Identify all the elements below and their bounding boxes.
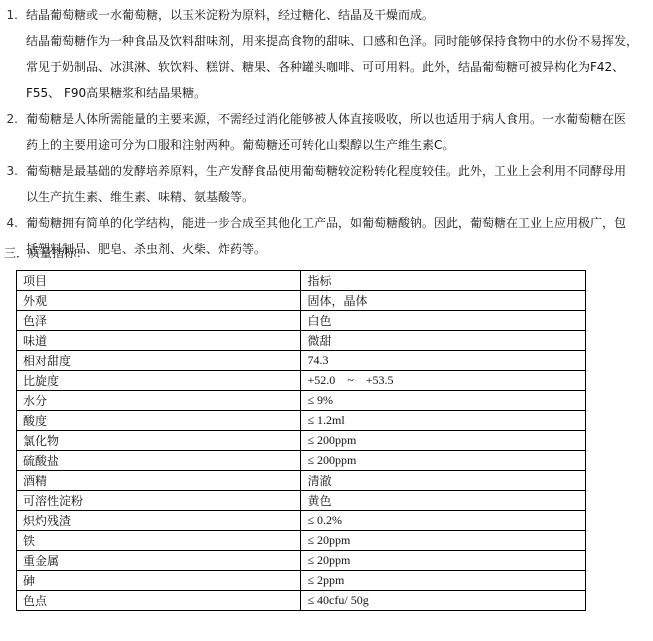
spec-cell: ≤ 200ppm — [301, 451, 586, 471]
item-cell: 重金属 — [17, 551, 301, 571]
table-row: 铁≤ 20ppm — [17, 531, 586, 551]
list-number: 4. — [0, 210, 26, 236]
table-row: 比旋度+52.0 ~ +53.5 — [17, 371, 586, 391]
table-row: 炽灼残渣≤ 0.2% — [17, 511, 586, 531]
spec-cell: 黄色 — [301, 491, 586, 511]
header-item: 项目 — [17, 271, 301, 291]
spec-cell: 清澈 — [301, 471, 586, 491]
spec-cell: 微甜 — [301, 331, 586, 351]
header-spec: 指标 — [301, 271, 586, 291]
list-item-text: 以生产抗生素、维生素、味精、氨基酸等。 — [0, 184, 640, 210]
spec-cell: ≤ 20ppm — [301, 551, 586, 571]
list-item-text: 药上的主要用途可分为口服和注射两种。葡萄糖还可转化山梨醇以生产维生素C。 — [0, 132, 640, 158]
table-row: 外观固体，晶体 — [17, 291, 586, 311]
list-number: 1. — [0, 2, 26, 28]
list-item-text: 葡萄糖是最基础的发酵培养原料，生产发酵食品使用葡萄糖较淀粉转化程度较佳。此外，工… — [26, 164, 626, 178]
item-cell: 水分 — [17, 391, 301, 411]
table-row: 相对甜度74.3 — [17, 351, 586, 371]
table-header-row: 项目 指标 — [17, 271, 586, 291]
spec-cell: ≤ 200ppm — [301, 431, 586, 451]
spec-cell: ≤ 40cfu/ 50g — [301, 591, 586, 611]
table-row: 酸度≤ 1.2ml — [17, 411, 586, 431]
spec-cell: ≤ 9% — [301, 391, 586, 411]
item-cell: 铁 — [17, 531, 301, 551]
item-cell: 炽灼残渣 — [17, 511, 301, 531]
list-item-1: 1.结晶葡萄糖或一水葡萄糖，以玉米淀粉为原料，经过糖化、结晶及干燥而成。 结晶葡… — [0, 2, 640, 106]
item-cell: 相对甜度 — [17, 351, 301, 371]
table-row: 酒精清澈 — [17, 471, 586, 491]
item-cell: 比旋度 — [17, 371, 301, 391]
table-row: 水分≤ 9% — [17, 391, 586, 411]
spec-cell: ≤ 1.2ml — [301, 411, 586, 431]
table-row: 味道微甜 — [17, 331, 586, 351]
item-cell: 硫酸盐 — [17, 451, 301, 471]
spec-cell: 固体，晶体 — [301, 291, 586, 311]
table-row: 色泽白色 — [17, 311, 586, 331]
item-cell: 外观 — [17, 291, 301, 311]
table-row: 重金属≤ 20ppm — [17, 551, 586, 571]
list-item-3: 3.葡萄糖是最基础的发酵培养原料，生产发酵食品使用葡萄糖较淀粉转化程度较佳。此外… — [0, 158, 640, 210]
spec-cell: ≤ 2ppm — [301, 571, 586, 591]
list-item-text: 结晶葡萄糖作为一种食品及饮料甜味剂，用来提高食物的甜味、口感和色泽。同时能够保持… — [0, 28, 640, 54]
list-item-text: F55、 F90高果糖浆和结晶果糖。 — [0, 80, 640, 106]
table-row: 可溶性淀粉黄色 — [17, 491, 586, 511]
spec-cell: ≤ 20ppm — [301, 531, 586, 551]
spec-cell: 74.3 — [301, 351, 586, 371]
list-item-text: 结晶葡萄糖或一水葡萄糖，以玉米淀粉为原料，经过糖化、结晶及干燥而成。 — [26, 8, 434, 22]
item-cell: 色泽 — [17, 311, 301, 331]
table-row: 氯化物≤ 200ppm — [17, 431, 586, 451]
section-title: 三．质量指标： — [4, 244, 88, 261]
item-cell: 可溶性淀粉 — [17, 491, 301, 511]
item-cell: 酸度 — [17, 411, 301, 431]
list-item-2: 2.葡萄糖是人体所需能量的主要来源，不需经过消化能够被人体直接吸收，所以也适用于… — [0, 106, 640, 158]
list-item-text: 括塑料制品、肥皂、杀虫剂、火柴、炸药等。 — [0, 236, 640, 262]
list-number: 2. — [0, 106, 26, 132]
item-cell: 色点 — [17, 591, 301, 611]
item-cell: 砷 — [17, 571, 301, 591]
spec-cell: 白色 — [301, 311, 586, 331]
spec-cell: +52.0 ~ +53.5 — [301, 371, 586, 391]
list-item-text: 葡萄糖拥有简单的化学结构，能进一步合成至其他化工产品，如葡萄糖酸钠。因此，葡萄糖… — [26, 216, 626, 230]
list-number: 3. — [0, 158, 26, 184]
list-item-4: 4.葡萄糖拥有简单的化学结构，能进一步合成至其他化工产品，如葡萄糖酸钠。因此，葡… — [0, 210, 640, 262]
quality-spec-table: 项目 指标 外观固体，晶体 色泽白色 味道微甜 相对甜度74.3 比旋度+52.… — [16, 270, 586, 611]
list-item-text: 常见于奶制品、冰淇淋、软饮料、糕饼、糖果、各种罐头咖啡、可可用料。此外，结晶葡萄… — [0, 54, 640, 80]
table-row: 硫酸盐≤ 200ppm — [17, 451, 586, 471]
item-cell: 味道 — [17, 331, 301, 351]
table-row: 色点≤ 40cfu/ 50g — [17, 591, 586, 611]
table-row: 砷≤ 2ppm — [17, 571, 586, 591]
spec-cell: ≤ 0.2% — [301, 511, 586, 531]
item-cell: 氯化物 — [17, 431, 301, 451]
list-item-text: 葡萄糖是人体所需能量的主要来源，不需经过消化能够被人体直接吸收，所以也适用于病人… — [26, 112, 626, 126]
item-cell: 酒精 — [17, 471, 301, 491]
